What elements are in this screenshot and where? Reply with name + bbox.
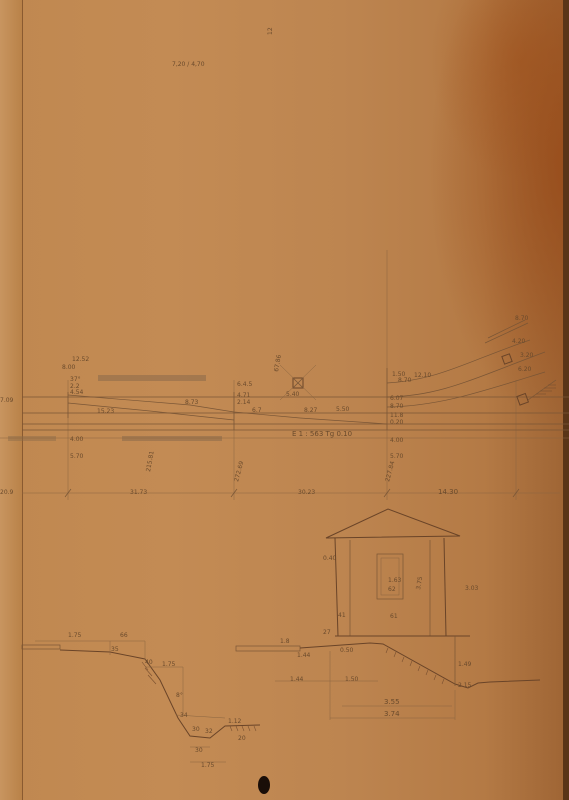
- dim-label: 11.8: [390, 412, 404, 419]
- corner-mark: 12: [267, 27, 274, 35]
- dim-label: 61: [390, 613, 398, 620]
- dim-label: 5.50: [336, 406, 350, 413]
- dim-label: 0.20: [390, 419, 404, 426]
- station-mark: 215.81: [145, 450, 156, 472]
- dim-label: 20: [238, 735, 246, 742]
- dim-label: 6.20: [518, 366, 532, 373]
- dim-label: 2.14: [237, 399, 251, 406]
- switch-track: [68, 403, 234, 420]
- dim-label: 8.70: [398, 377, 412, 384]
- slope-hatch: [386, 648, 444, 684]
- hut-wall-right: [444, 538, 446, 636]
- dimension-label: 3.74: [384, 710, 400, 718]
- platform-lower: [122, 436, 222, 441]
- dim-label: 35: [111, 646, 119, 653]
- switch-note: E 1 : 563 Tg 0.10: [292, 430, 352, 438]
- hut-roof: [326, 509, 460, 538]
- embankment-hatch: [532, 385, 556, 397]
- dim-label: 12.10: [414, 372, 431, 379]
- dim-label: 3.03: [465, 585, 479, 592]
- dim-label: 3.20: [520, 352, 534, 359]
- dim-label: 8.27: [304, 407, 318, 414]
- dim-label: 8.70: [390, 403, 404, 410]
- dim-label: 1.49: [458, 661, 472, 668]
- binder-hole: [258, 776, 270, 794]
- station-mark: 227.84: [384, 460, 396, 482]
- platform-upper: [98, 375, 206, 381]
- dimension-label: 30.23: [298, 489, 315, 496]
- hut-wall-left: [335, 538, 338, 636]
- sleeper: [22, 645, 60, 649]
- dim-label: 30: [192, 726, 200, 733]
- dim-label: 6.7: [252, 407, 262, 414]
- dim-label: 66: [120, 632, 128, 639]
- dim-label: 8.73: [185, 399, 199, 406]
- dim-label: 6.07: [390, 395, 404, 402]
- dim-label: 1.75: [201, 762, 215, 769]
- dim-label: 5.40: [286, 391, 300, 398]
- dim-label: 4.00: [390, 437, 404, 444]
- dimension-label: 3.55: [384, 698, 400, 706]
- dim-label: 0.50: [340, 647, 354, 654]
- dim-label: 7.09: [0, 397, 14, 404]
- dim-label: 4.54: [70, 389, 84, 396]
- dim-label: 67.86: [273, 354, 283, 372]
- signal-box-icon: [502, 354, 512, 364]
- dim-label: 1.63: [388, 577, 402, 584]
- signal-box-icon: [517, 394, 529, 406]
- dimension-label: 14.30: [438, 488, 458, 496]
- dim-label: 37°: [70, 376, 81, 383]
- dim-label: 12.52: [72, 356, 89, 363]
- station-mark: 272.69: [233, 460, 245, 482]
- sleeper: [236, 646, 300, 651]
- dim-label: 4.71: [237, 392, 251, 399]
- dim-label: 1.44: [297, 652, 311, 659]
- dim-label: 2.15: [458, 682, 472, 689]
- dim-label: 4.00: [70, 436, 84, 443]
- dim-label: 27: [323, 629, 331, 636]
- dim-label: 8.70: [515, 315, 529, 322]
- platform-left: [8, 436, 56, 441]
- dim-label: 8.00: [62, 364, 76, 371]
- branch-track: [488, 320, 525, 338]
- dim-label: 32: [205, 728, 213, 735]
- dim-label: 0.40: [323, 555, 337, 562]
- dim-label: 8°: [176, 692, 183, 699]
- drawing-canvas: 7,20 / 4,70 12: [0, 0, 569, 800]
- dimension-label: 31.73: [130, 489, 147, 496]
- dim-label: 1.50: [345, 676, 359, 683]
- dim-label: 1.75: [162, 661, 176, 668]
- dim-label: 30: [195, 747, 203, 754]
- dim-label: 15.23: [97, 408, 114, 415]
- dim-label: 1.12: [228, 718, 242, 725]
- dim-label: 1.8: [280, 638, 290, 645]
- dim-label: 5.70: [70, 453, 84, 460]
- dimension-label: 20.9: [0, 489, 14, 496]
- dim-label: 5.70: [390, 453, 404, 460]
- dim-label: 3.75: [415, 576, 424, 591]
- dim-label: 40: [145, 659, 153, 666]
- dim-label: 1.75: [68, 632, 82, 639]
- drawing-sheet: 7,20 / 4,70 12: [0, 0, 569, 800]
- dim-label: 34: [180, 712, 188, 719]
- dim-label: 4.20: [512, 338, 526, 345]
- top-scribble: 7,20 / 4,70: [172, 61, 205, 68]
- dim-label: 41: [338, 612, 346, 619]
- dim-label: 6.4.5: [237, 381, 252, 388]
- dim-label: 1.44: [290, 676, 304, 683]
- dim-label: 62: [388, 586, 396, 593]
